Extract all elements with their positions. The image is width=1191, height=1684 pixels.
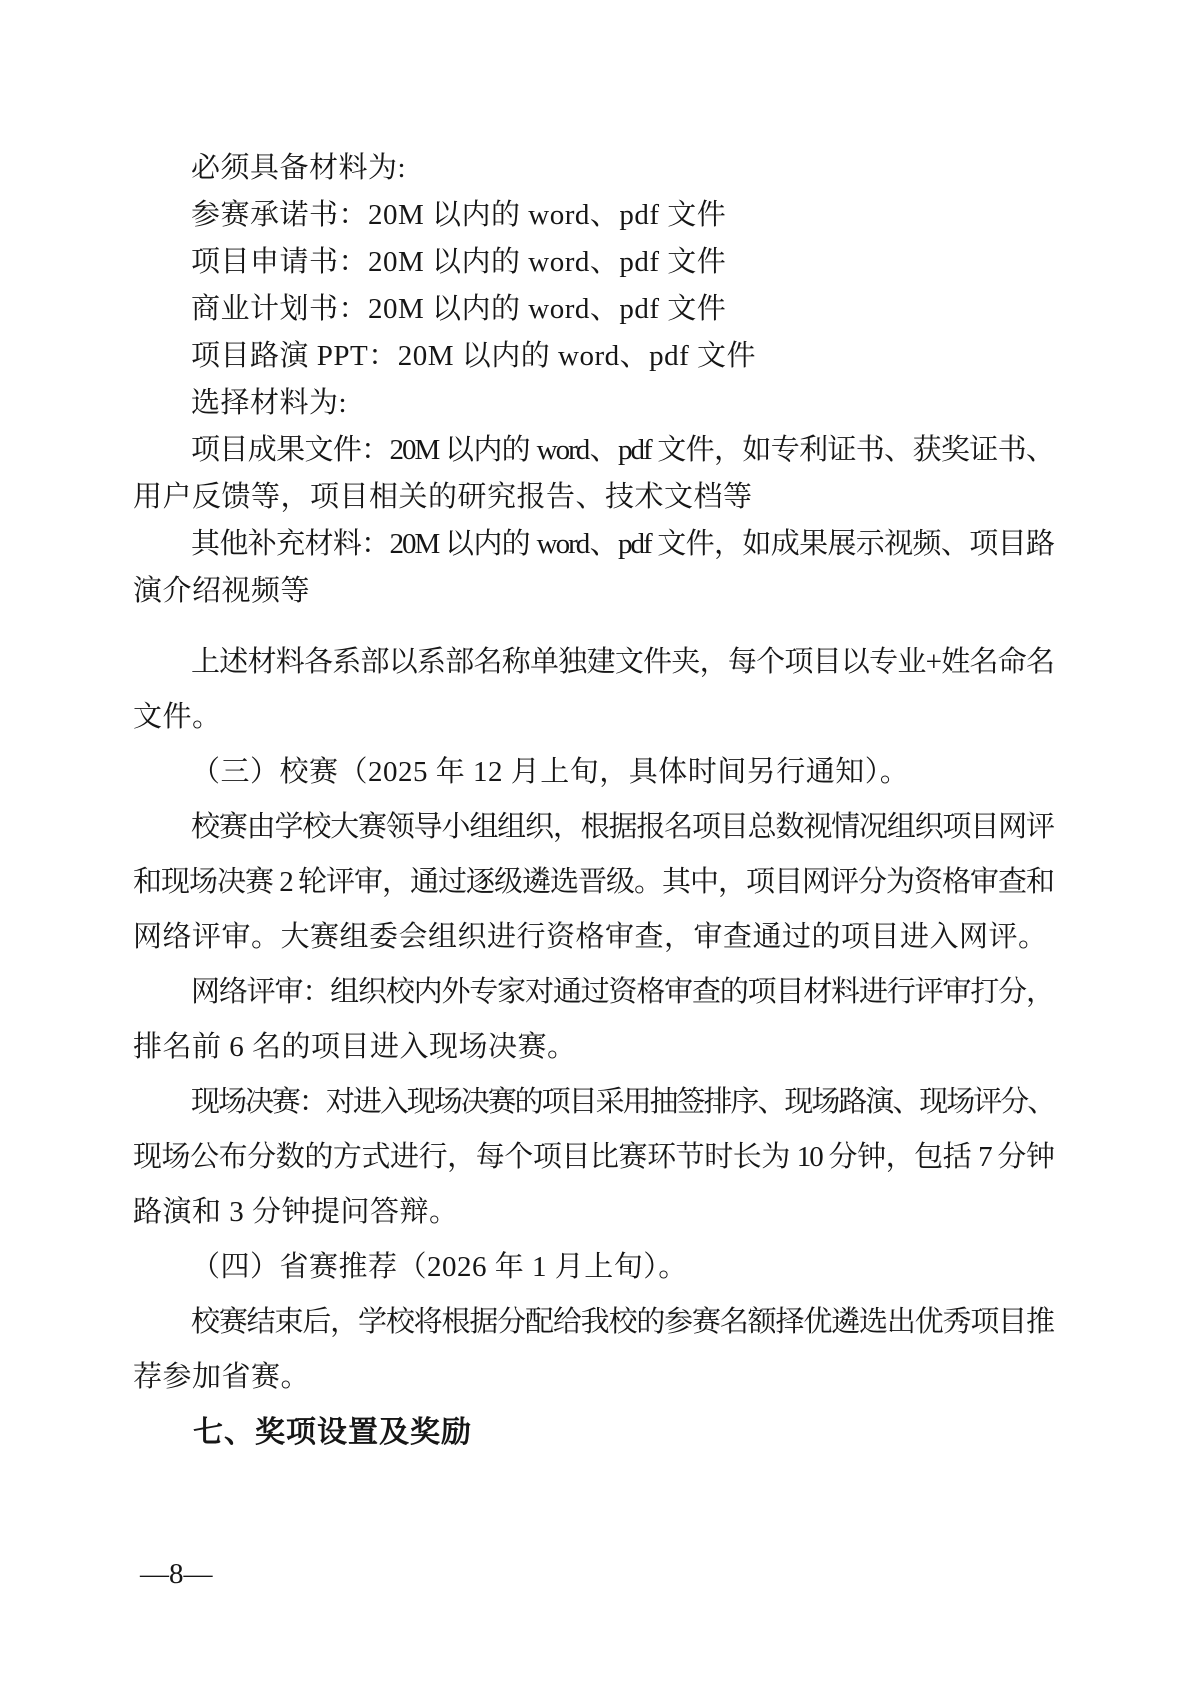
text-line: 其他补充材料：20M 以内的 word、pdf 文件，如成果展示视频、项目路 xyxy=(133,521,1053,568)
text-line: 用户反馈等，项目相关的研究报告、技术文档等 xyxy=(133,474,1053,521)
text-line: 现场决赛：对进入现场决赛的项目采用抽签排序、现场路演、现场评分、 xyxy=(133,1075,1053,1130)
text-line: 网络评审：组织校内外专家对通过资格审查的项目材料进行评审打分， xyxy=(133,965,1053,1020)
text-line: 排名前 6 名的项目进入现场决赛。 xyxy=(133,1020,1053,1075)
text-line: 参赛承诺书：20M 以内的 word、pdf 文件 xyxy=(133,192,1053,239)
text-line: （三）校赛（2025 年 12 月上旬，具体时间另行通知）。 xyxy=(133,745,1053,800)
text-line: 和现场决赛 2 轮评审，通过逐级遴选晋级。其中，项目网评分为资格审查和 xyxy=(133,855,1053,910)
text-line: 校赛由学校大赛领导小组组织，根据报名项目总数视情况组织项目网评 xyxy=(133,800,1053,855)
document-page: 必须具备材料为:参赛承诺书：20M 以内的 word、pdf 文件项目申请书：2… xyxy=(0,0,1191,1684)
text-line: 演介绍视频等 xyxy=(133,568,1053,615)
text-line: 上述材料各系部以系部名称单独建文件夹，每个项目以专业+姓名命名 xyxy=(133,635,1053,690)
text-line: （四）省赛推荐（2026 年 1 月上旬）。 xyxy=(133,1240,1053,1295)
text-line: 商业计划书：20M 以内的 word、pdf 文件 xyxy=(133,286,1053,333)
document-body: 必须具备材料为:参赛承诺书：20M 以内的 word、pdf 文件项目申请书：2… xyxy=(133,145,1053,1460)
text-line: 项目申请书：20M 以内的 word、pdf 文件 xyxy=(133,239,1053,286)
page-number: —8— xyxy=(140,1554,213,1594)
text-line: 校赛结束后，学校将根据分配给我校的参赛名额择优遴选出优秀项目推 xyxy=(133,1295,1053,1350)
text-line: 项目路演 PPT：20M 以内的 word、pdf 文件 xyxy=(133,333,1053,380)
text-line: 选择材料为: xyxy=(133,380,1053,427)
text-line: 荐参加省赛。 xyxy=(133,1350,1053,1405)
text-line: 文件。 xyxy=(133,690,1053,745)
text-line: 网络评审。大赛组委会组织进行资格审查，审查通过的项目进入网评。 xyxy=(133,910,1053,965)
section-heading: 七、奖项设置及奖励 xyxy=(133,1405,1053,1460)
text-line: 现场公布分数的方式进行，每个项目比赛环节时长为 10 分钟，包括 7 分钟 xyxy=(133,1130,1053,1185)
text-line: 必须具备材料为: xyxy=(133,145,1053,192)
text-line: 项目成果文件：20M 以内的 word、pdf 文件，如专利证书、获奖证书、 xyxy=(133,427,1053,474)
text-line: 路演和 3 分钟提问答辩。 xyxy=(133,1185,1053,1240)
